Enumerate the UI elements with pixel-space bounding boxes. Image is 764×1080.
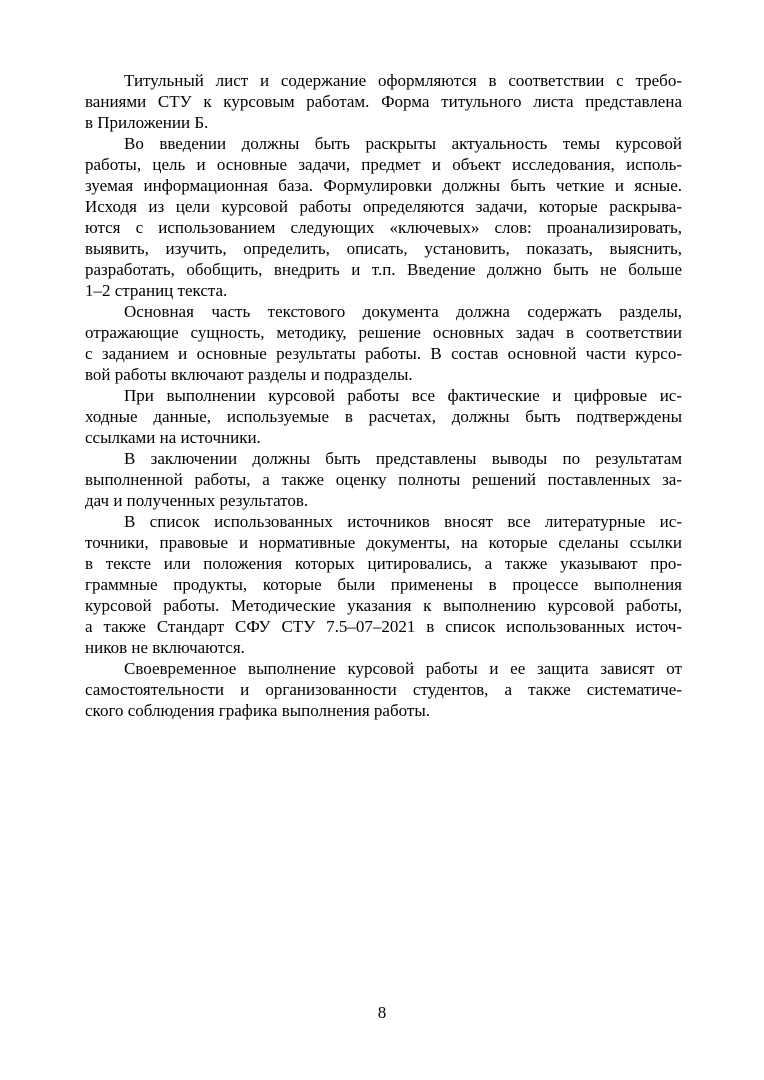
text-line: вой работы включают разделы и подразделы…	[85, 364, 682, 385]
paragraph: Основная часть текстового документа долж…	[85, 301, 682, 385]
text-line: в тексте или положения которых цитировал…	[85, 553, 682, 574]
page-body: Титульный лист и содержание оформляются …	[85, 70, 682, 721]
text-line: граммные продукты, которые были применен…	[85, 574, 682, 595]
text-line: ходные данные, используемые в расчетах, …	[85, 406, 682, 427]
document-page: Титульный лист и содержание оформляются …	[0, 0, 764, 1080]
text-line: разработать, обобщить, внедрить и т.п. В…	[85, 259, 682, 280]
text-line: Титульный лист и содержание оформляются …	[85, 70, 682, 91]
page-number: 8	[0, 1002, 764, 1023]
text-line: зуемая информационная база. Формулировки…	[85, 175, 682, 196]
text-line: Исходя из цели курсовой работы определяю…	[85, 196, 682, 217]
paragraph: Титульный лист и содержание оформляются …	[85, 70, 682, 133]
text-line: При выполнении курсовой работы все факти…	[85, 385, 682, 406]
text-line: самостоятельности и организованности сту…	[85, 679, 682, 700]
text-line: выявить, изучить, определить, описать, у…	[85, 238, 682, 259]
text-line: ников не включаются.	[85, 637, 682, 658]
paragraph: Во введении должны быть раскрыты актуаль…	[85, 133, 682, 301]
paragraph: В заключении должны быть представлены вы…	[85, 448, 682, 511]
text-line: а также Стандарт СФУ СТУ 7.5–07–2021 в с…	[85, 616, 682, 637]
text-line: Своевременное выполнение курсовой работы…	[85, 658, 682, 679]
text-line: ются с использованием следующих «ключевы…	[85, 217, 682, 238]
text-line: В заключении должны быть представлены вы…	[85, 448, 682, 469]
text-line: ссылками на источники.	[85, 427, 682, 448]
text-line: в Приложении Б.	[85, 112, 682, 133]
text-line: ского соблюдения графика выполнения рабо…	[85, 700, 682, 721]
text-line: отражающие сущность, методику, решение о…	[85, 322, 682, 343]
text-line: В список использованных источников внося…	[85, 511, 682, 532]
text-line: с заданием и основные результаты работы.…	[85, 343, 682, 364]
text-line: 1–2 страниц текста.	[85, 280, 682, 301]
text-line: ваниями СТУ к курсовым работам. Форма ти…	[85, 91, 682, 112]
paragraph: При выполнении курсовой работы все факти…	[85, 385, 682, 448]
text-line: Основная часть текстового документа долж…	[85, 301, 682, 322]
text-line: дач и полученных результатов.	[85, 490, 682, 511]
text-line: Во введении должны быть раскрыты актуаль…	[85, 133, 682, 154]
paragraph: Своевременное выполнение курсовой работы…	[85, 658, 682, 721]
paragraph: В список использованных источников внося…	[85, 511, 682, 658]
text-line: выполненной работы, а также оценку полно…	[85, 469, 682, 490]
text-line: работы, цель и основные задачи, предмет …	[85, 154, 682, 175]
text-line: курсовой работы. Методические указания к…	[85, 595, 682, 616]
text-line: точники, правовые и нормативные документ…	[85, 532, 682, 553]
